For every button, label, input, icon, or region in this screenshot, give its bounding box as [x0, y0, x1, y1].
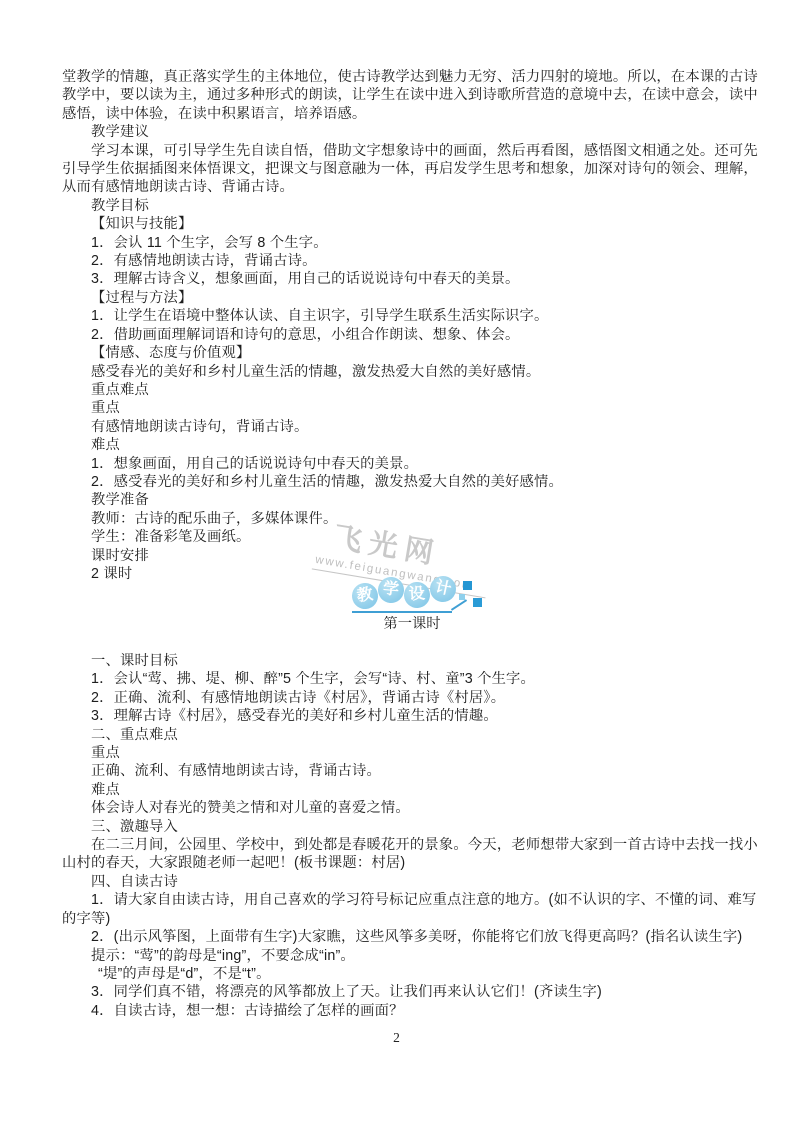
doc-line: 2．有感情地朗读古诗，背诵古诗。 — [62, 252, 738, 270]
doc-line: 3．同学们真不错，将漂亮的风筝都放上了天。让我们再来认认它们！(齐读生字) — [62, 983, 738, 1001]
doc-line: 在二三月间，公园里、学校中，到处都是春暖花开的景象。今天，老师想带大家到一首古诗… — [62, 836, 738, 854]
badge-char-circle: 设 — [403, 581, 431, 609]
square-icon — [463, 581, 472, 590]
doc-heading: 教学目标 — [62, 197, 738, 215]
doc-line: 堂教学的情趣，真正落实学生的主体地位，使古诗教学达到魅力无穷、活力四射的境地。所… — [62, 68, 738, 86]
doc-subheading: 【情感、态度与价值观】 — [62, 344, 738, 362]
doc-line: 感受春光的美好和乡村儿童生活的情趣，激发热爱大自然的美好感情。 — [62, 363, 738, 381]
doc-line: 2．正确、流利、有感情地朗读古诗《村居》，背诵古诗《村居》。 — [62, 689, 738, 707]
doc-line: 2．(出示风筝图，上面带有生字)大家瞧，这些风筝多美呀，你能将它们放飞得更高吗？… — [62, 928, 738, 946]
square-icon — [473, 598, 482, 607]
badge-underline — [352, 611, 452, 613]
doc-heading: 四、自读古诗 — [62, 873, 738, 891]
doc-line: 1．想象画面，用自己的话说说诗句中春天的美景。 — [62, 455, 738, 473]
doc-line: “堤”的声母是“d”，不是“t”。 — [62, 965, 738, 983]
doc-line: 的字等) — [62, 910, 738, 928]
doc-line: 1．请大家自由读古诗，用自己喜欢的学习符号标记应重点注意的地方。(如不认识的字、… — [62, 891, 738, 909]
doc-heading: 重点难点 — [62, 381, 738, 399]
doc-heading: 教学准备 — [62, 491, 738, 509]
teaching-design-badge: 教 学 设 计 — [352, 577, 490, 607]
doc-heading: 课时安排 — [62, 547, 738, 565]
doc-subheading: 难点 — [62, 781, 738, 799]
doc-heading: 二、重点难点 — [62, 726, 738, 744]
badge-char-circle: 学 — [377, 576, 405, 604]
doc-line: 学生：准备彩笔及画纸。 — [62, 528, 738, 546]
doc-heading: 三、激趣导入 — [62, 818, 738, 836]
doc-subheading: 重点 — [62, 399, 738, 417]
doc-line: 学习本课，可引导学生先自读自悟，借助文字想象诗中的画面，然后再看图，感悟图文相通… — [62, 142, 738, 160]
doc-line: 2．感受春光的美好和乡村儿童生活的情趣，激发热爱大自然的美好感情。 — [62, 473, 738, 491]
doc-line: 1．会认“莺、拂、堤、柳、醉”5 个生字，会写“诗、村、童”3 个生字。 — [62, 670, 738, 688]
doc-line: 提示：“莺”的韵母是“ing”，不要念成“in”。 — [62, 947, 738, 965]
doc-line: 1．会认 11 个生字，会写 8 个生字。 — [62, 234, 738, 252]
doc-line: 有感情地朗读古诗句，背诵古诗。 — [62, 418, 738, 436]
doc-heading: 教学建议 — [62, 123, 738, 141]
doc-subheading: 【过程与方法】 — [62, 289, 738, 307]
doc-subheading: 难点 — [62, 436, 738, 454]
doc-subheading: 重点 — [62, 744, 738, 762]
text-block-upper: 堂教学的情趣，真正落实学生的主体地位，使古诗教学达到魅力无穷、活力四射的境地。所… — [62, 68, 738, 583]
doc-line: 教学中，要以读为主，通过多种形式的朗读，让学生在读中进入到诗歌所营造的意境中去，… — [62, 86, 738, 104]
lesson-section-title: 第一课时 — [350, 615, 474, 634]
doc-subheading: 【知识与技能】 — [62, 215, 738, 233]
document-page: 堂教学的情趣，真正落实学生的主体地位，使古诗教学达到魅力无穷、活力四射的境地。所… — [0, 0, 793, 1122]
doc-line: 教师：古诗的配乐曲子，多媒体课件。 — [62, 510, 738, 528]
doc-line: 体会诗人对春光的赞美之情和对儿童的喜爱之情。 — [62, 799, 738, 817]
doc-line: 2．借助画面理解词语和诗句的意思，小组合作朗读、想象、体会。 — [62, 326, 738, 344]
doc-line: 山村的春天，大家跟随老师一起吧！(板书课题：村居) — [62, 854, 738, 872]
doc-line: 引导学生依据插图来体悟课文，把课文与图意融为一体，再启发学生思考和想象，加深对诗… — [62, 160, 738, 178]
doc-line: 4．自读古诗，想一想：古诗描绘了怎样的画面？ — [62, 1002, 738, 1020]
doc-heading: 一、课时目标 — [62, 652, 738, 670]
doc-line: 3．理解古诗《村居》，感受春光的美好和乡村儿童生活的情趣。 — [62, 707, 738, 725]
page-number: 2 — [0, 1030, 793, 1046]
badge-char-circle: 计 — [428, 574, 459, 605]
text-block-lower: 一、课时目标 1．会认“莺、拂、堤、柳、醉”5 个生字，会写“诗、村、童”3 个… — [62, 652, 738, 1020]
doc-line: 正确、流利、有感情地朗读古诗，背诵古诗。 — [62, 762, 738, 780]
doc-line: 感悟，读中体验，在读中积累语言，培养语感。 — [62, 105, 738, 123]
doc-line: 从而有感情地朗读古诗、背诵古诗。 — [62, 178, 738, 196]
doc-line: 3．理解古诗含义，想象画面，用自己的话说说诗句中春天的美景。 — [62, 270, 738, 288]
badge-char-circle: 教 — [350, 581, 379, 610]
doc-line: 1．让学生在语境中整体认读、自主识字，引导学生联系生活实际识字。 — [62, 307, 738, 325]
